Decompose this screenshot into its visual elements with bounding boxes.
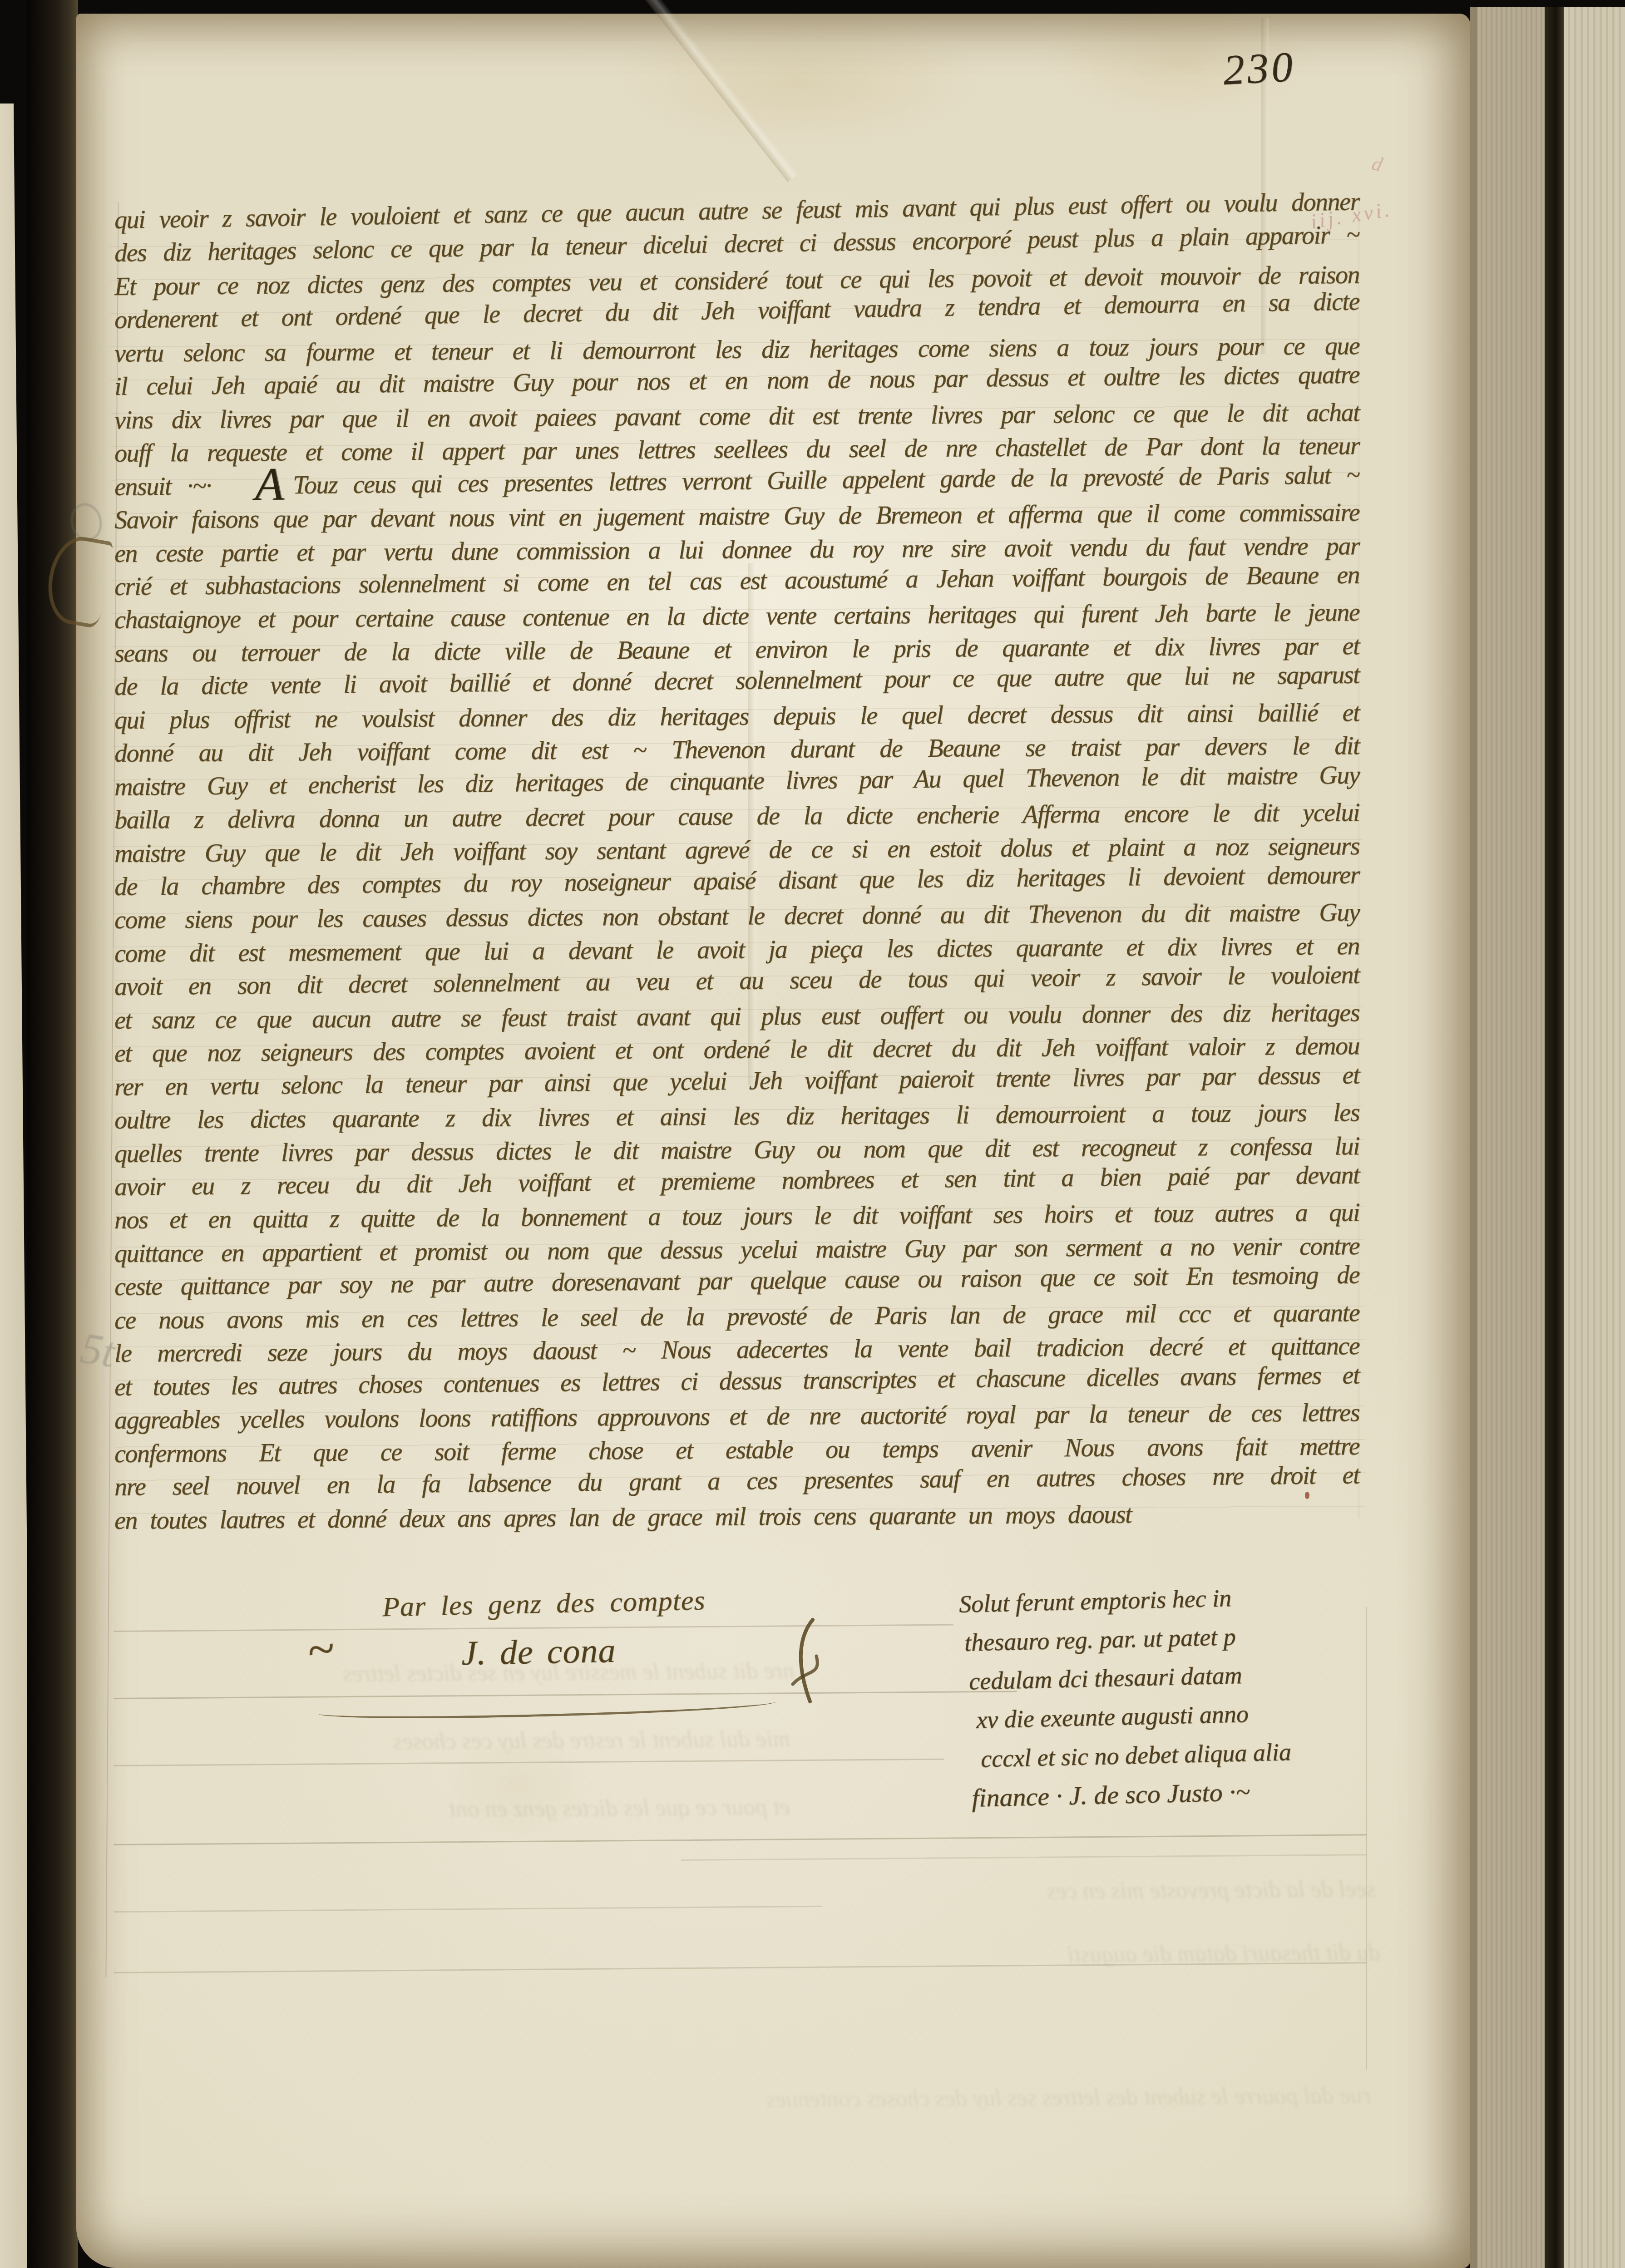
decorated-initial-A: A	[255, 458, 283, 511]
showthrough-line: mie dul subent le restre des luy ces cho…	[163, 1727, 790, 1755]
latin-note-line: xv die exeunte augusti anno	[976, 1701, 1249, 1732]
showthrough-line: du dit thesauri datam die augusti	[845, 1941, 1380, 1968]
fore-edge-gap	[1545, 7, 1564, 2268]
page-edge-shadow	[1470, 7, 1477, 2268]
manuscript-photo: 230 d iij. xvi. 5t qui veoir z savoir le…	[0, 0, 1625, 2268]
latin-note-line: cedulam dci thesauri datam	[968, 1663, 1242, 1694]
line-start: ensuit ·~·	[114, 472, 212, 501]
latin-note-line: cccxl et sic no debet aliqua alia	[980, 1740, 1291, 1771]
latin-note-line: Solut ferunt emptoris hec in	[958, 1586, 1231, 1617]
fore-edge-stack	[1477, 7, 1545, 2268]
signature-byline: Par les genz des comptes	[382, 1585, 706, 1624]
margin-pencil-mark: 5t	[78, 1326, 118, 1374]
showthrough-line: nre dit subent le messire luy en ses dic…	[150, 1659, 795, 1687]
margin-rule-lower-right	[1366, 1607, 1367, 2070]
showthrough-line: et pour ce que les dictes genz en ont	[154, 1795, 790, 1824]
folio-number: 230	[1222, 45, 1297, 92]
book-gutter	[27, 0, 78, 2268]
latin-note-line: thesauro reg. par. ut patet p	[964, 1624, 1236, 1655]
rust-spot	[1305, 1492, 1309, 1499]
latin-note-signature: finance · J. de sco Justo ·~	[971, 1779, 1250, 1811]
fore-edge-stack-outer	[1564, 7, 1625, 2268]
showthrough-line: seel de la dicte prevoste mis en ces	[854, 1878, 1376, 1905]
